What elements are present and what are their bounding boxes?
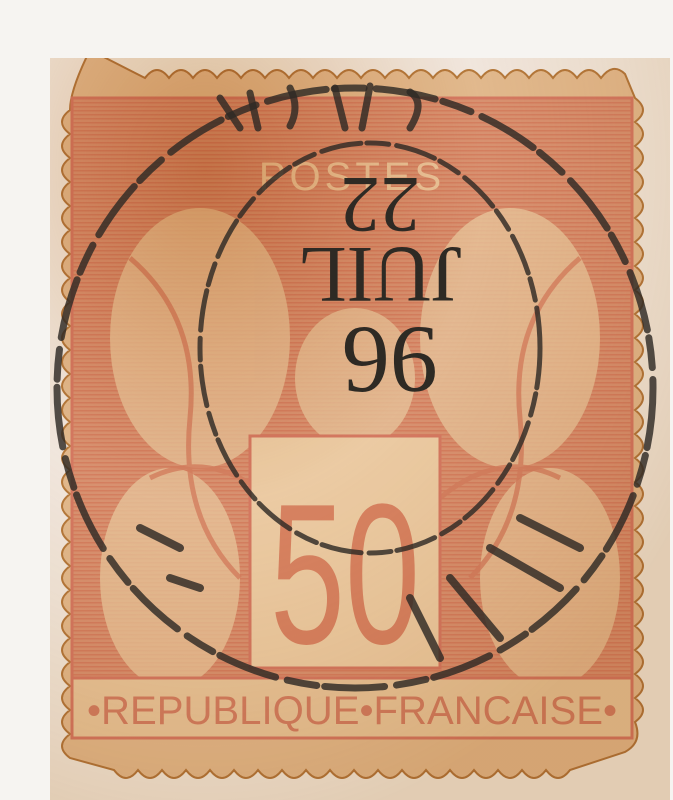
stamp-artwork: POSTES 50 •REPUBLIQUE•FRANCAISE• [50, 58, 670, 800]
postmark-year: 96 [342, 307, 438, 414]
postmark-day: 22 [340, 160, 420, 248]
postage-stamp: POSTES 50 •REPUBLIQUE•FRANCAISE• [50, 58, 670, 800]
